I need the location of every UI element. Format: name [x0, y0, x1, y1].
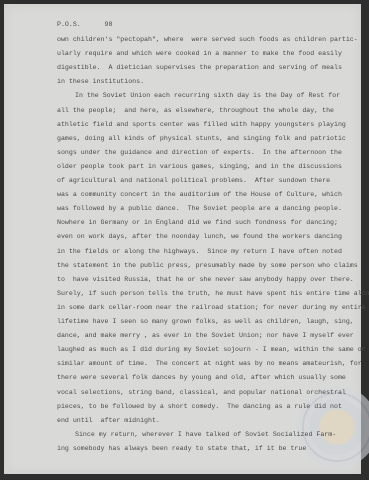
text-line: digestible. A dietician supervises the p…: [57, 64, 342, 72]
text-line: the statement in the public press, presu…: [57, 262, 358, 270]
text-line: vocal selections, string band, classical…: [57, 389, 346, 397]
text-line: ing somebody has always been ready to st…: [57, 445, 306, 453]
text-line: older people took part in various games,…: [57, 163, 342, 171]
text-line: to have visited Russia, that he or she n…: [57, 276, 354, 284]
text-line: was a community concert in the auditoriu…: [57, 191, 342, 199]
text-line: was followed by a public dance. The Sovi…: [57, 205, 342, 213]
text-line: dance, and make merry , as ever in the S…: [57, 332, 354, 340]
text-line: ularly require and which were cooked in …: [57, 50, 342, 58]
page-header: P.O.S. 98: [57, 21, 112, 29]
text-line: own children's "pectopah", where were se…: [57, 36, 358, 44]
text-line: pieces, to be followed by a short comedy…: [57, 403, 342, 411]
text-line: in these institutions.: [57, 78, 144, 86]
text-line: Since my return, wherever I have talked …: [75, 431, 336, 439]
document-page: P.O.S. 98 own children's "pectopah", whe…: [4, 4, 361, 474]
text-line: all the people; and here, as elsewhere, …: [57, 107, 334, 115]
university-seal-watermark: [296, 386, 369, 468]
text-line: songs under the guidance and direction o…: [57, 149, 342, 157]
text-line: games, doing all kinds of physical stunt…: [57, 135, 346, 143]
text-line: In the Soviet Union each recurring sixth…: [75, 92, 340, 100]
text-line: of agricultural and national political p…: [57, 177, 330, 185]
text-line: athletic field and sports center was fil…: [57, 121, 346, 129]
text-line: even on work days, after the noonday lun…: [57, 233, 342, 241]
text-line: similar amount of time. The concert at n…: [57, 360, 362, 368]
text-line: in the fields or along the highways. Sin…: [57, 248, 342, 256]
text-line: there were several folk dances by young …: [57, 374, 346, 382]
text-line: end until after midnight.: [57, 417, 160, 425]
text-line: laughed as much as I did during my Sovie…: [57, 346, 366, 354]
text-line: in some dark cellar-room near the railro…: [57, 304, 366, 312]
text-line: Nowhere in Germany or in England did we …: [57, 219, 338, 227]
text-line: Surely, if such person tells the truth, …: [57, 290, 369, 298]
text-line: lifetime have I seen so many grown folks…: [57, 318, 354, 326]
